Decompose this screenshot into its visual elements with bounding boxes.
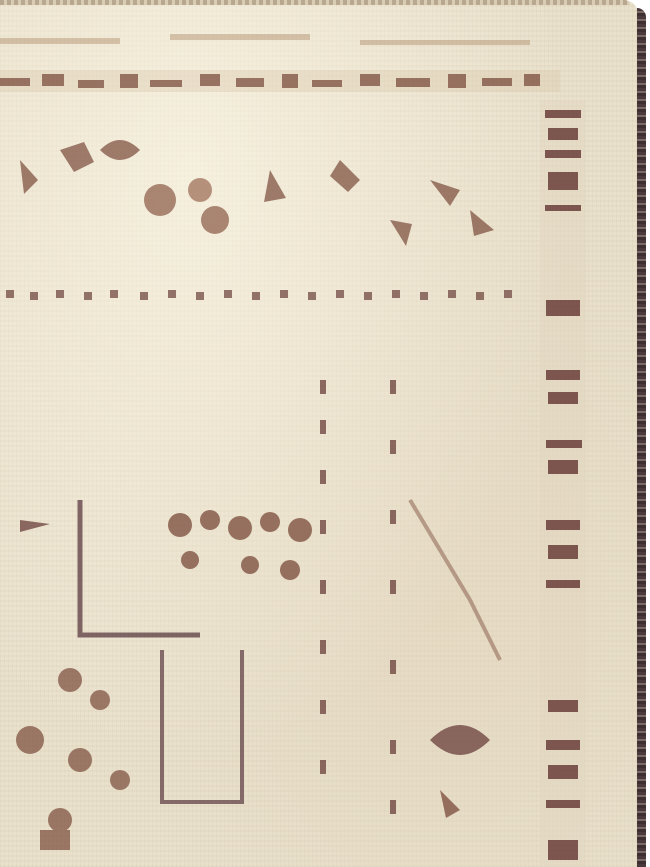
central-medallions [20,380,500,818]
dotted-row [6,290,512,300]
rug-selvedge-edge [637,8,646,867]
right-border [540,100,586,867]
lower-left-motifs [16,650,244,850]
upper-floral-motifs [20,140,494,246]
top-border-band [0,34,560,92]
rug-motifs [0,0,650,867]
